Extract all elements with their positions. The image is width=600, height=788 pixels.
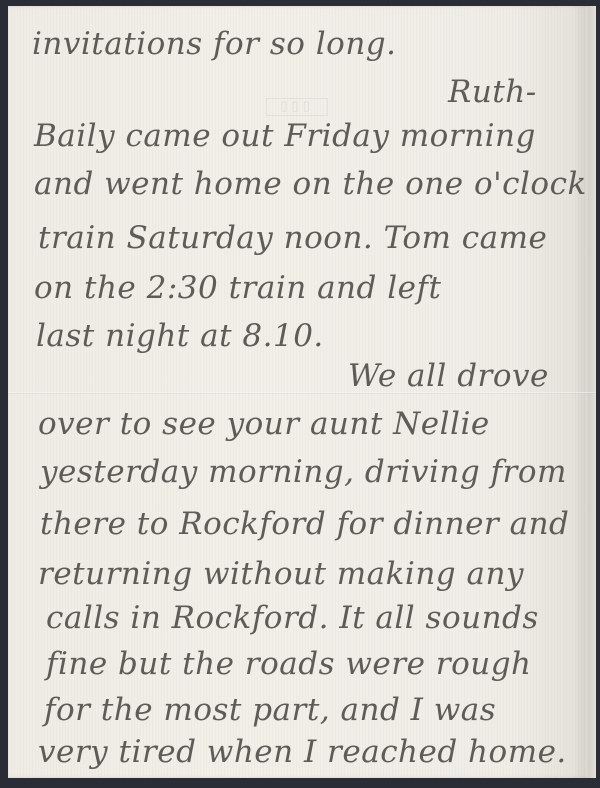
handwritten-line: and went home on the one o'clock — [34, 166, 587, 202]
handwritten-line: for the most part, and I was — [44, 692, 496, 728]
handwritten-line: Ruth- — [448, 74, 537, 110]
handwritten-line: We all drove — [348, 358, 549, 394]
handwritten-line: train Saturday noon. Tom came — [38, 220, 547, 256]
embossed-mark: ▯▯▯ — [266, 98, 328, 116]
handwritten-line: returning without making any — [38, 556, 524, 592]
handwritten-line: invitations for so long. — [32, 26, 397, 62]
handwritten-line: Baily came out Friday morning — [34, 118, 536, 154]
handwritten-line: there to Rockford for dinner and — [40, 506, 569, 542]
handwritten-line: last night at 8.10. — [36, 318, 324, 354]
letter-page: ▯▯▯ invitations for so long. Ruth- Baily… — [8, 6, 596, 778]
handwritten-line: over to see your aunt Nellie — [38, 406, 490, 442]
handwritten-line: on the 2:30 train and left — [34, 270, 441, 306]
handwritten-line: yesterday morning, driving from — [40, 454, 567, 490]
handwritten-line: fine but the roads were rough — [46, 646, 532, 682]
handwritten-line: calls in Rockford. It all sounds — [46, 600, 539, 636]
handwritten-line: very tired when I reached home. — [38, 734, 567, 770]
